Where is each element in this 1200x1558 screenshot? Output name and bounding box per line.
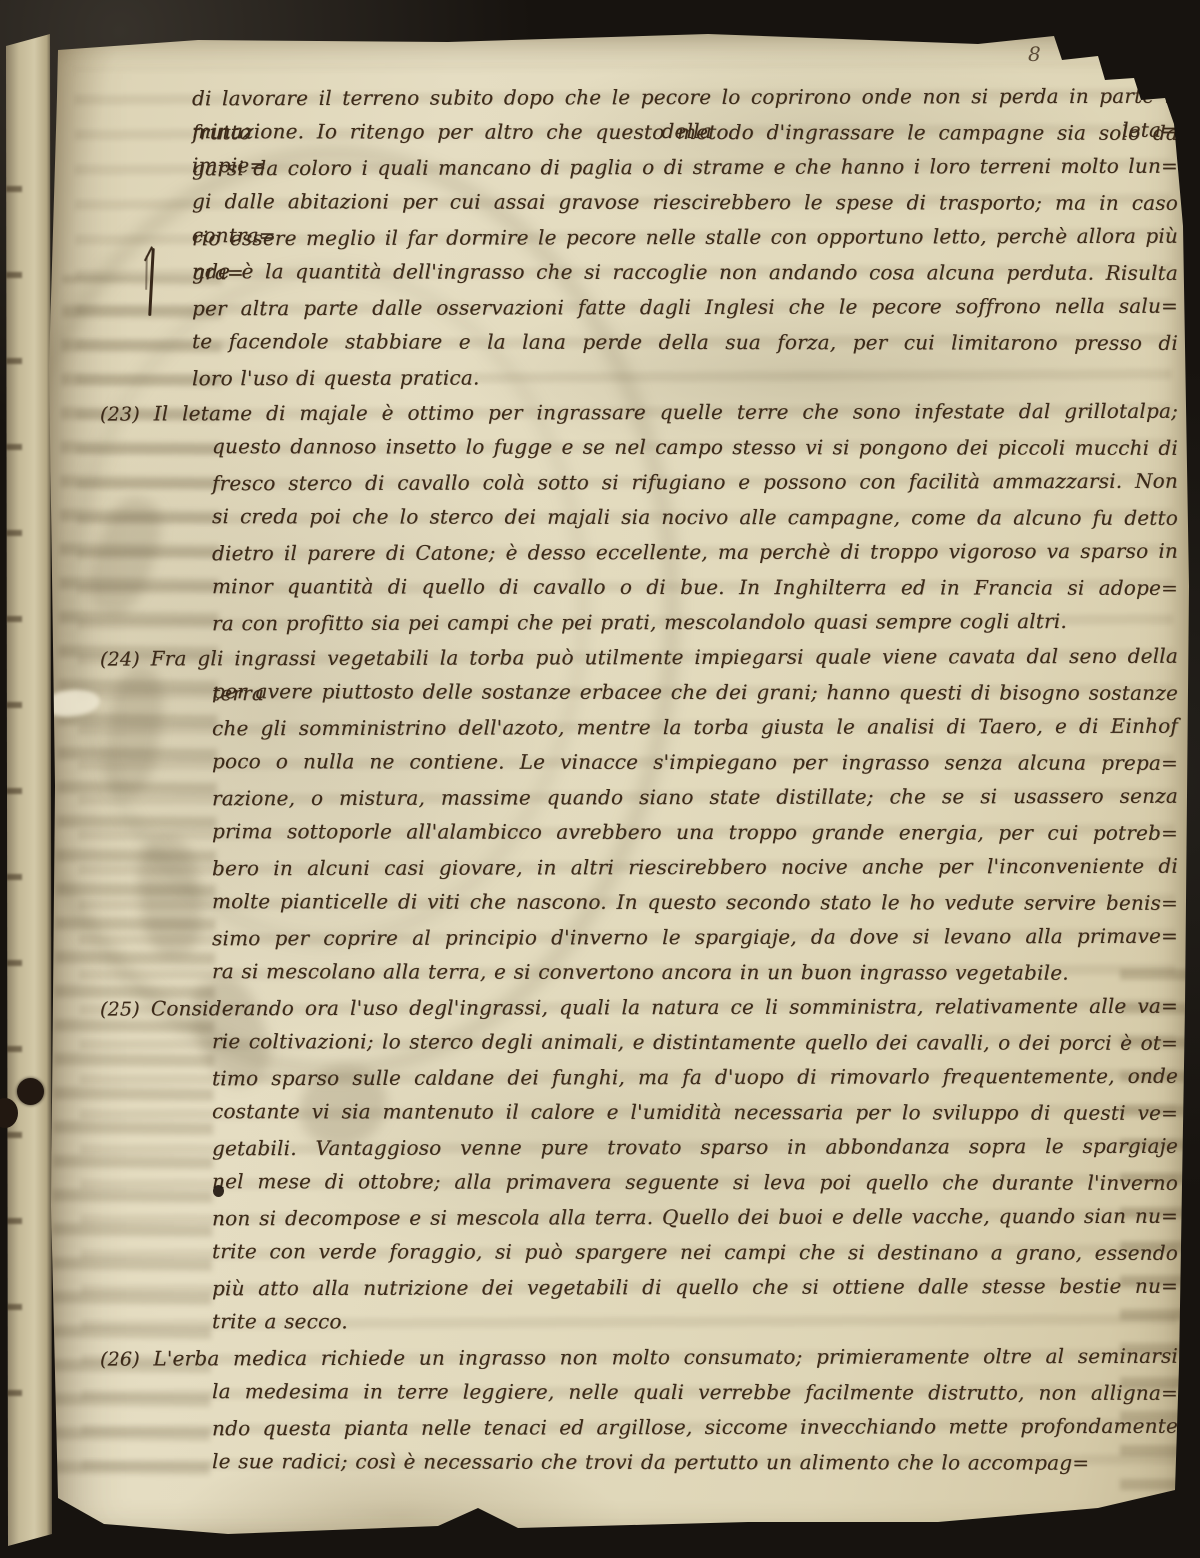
manuscript-line: questo dannoso insetto lo fugge e se nel… xyxy=(212,429,1178,466)
manuscript-line: fresco sterco di cavallo colà sotto si r… xyxy=(212,464,1178,502)
manuscript-line: timo sparso sulle caldane dei funghi, ma… xyxy=(212,1059,1178,1097)
manuscript-line: bero in alcuni casi giovare, in altri ri… xyxy=(212,849,1178,887)
manuscript-line: nde è la quantità dell'ingrasso che si r… xyxy=(192,254,1178,291)
manuscript-line: rie coltivazioni; lo sterco degli animal… xyxy=(212,1024,1178,1061)
manuscript-line: loro l'uso di questa pratica. xyxy=(192,359,1178,397)
manuscript-line: poco o nulla ne contiene. Le vinacce s'i… xyxy=(212,744,1178,781)
manuscript-line: le sue radici; così è necessario che tro… xyxy=(212,1444,1178,1481)
manuscript-line: gi dalle abitazioni per cui assai gravos… xyxy=(192,184,1178,221)
manuscript-line: (25) Considerando ora l'uso degl'ingrass… xyxy=(212,989,1178,1027)
manuscript-line: minor quantità di quello di cavallo o di… xyxy=(212,569,1178,606)
manuscript-line: (24) Fra gli ingrassi vegetabili la torb… xyxy=(212,639,1178,677)
paragraph-number: (25) xyxy=(100,998,140,1020)
manuscript-line: (23) Il letame di majale è ottimo per in… xyxy=(212,394,1178,432)
text-block: di lavorare il terreno subito dopo che l… xyxy=(100,80,1178,1480)
paragraph: (24) Fra gli ingrassi vegetabili la torb… xyxy=(100,640,1178,990)
manuscript-line: minazione. Io ritengo per altro che ques… xyxy=(192,114,1178,151)
paragraph-number: (23) xyxy=(100,403,140,425)
manuscript-line: trite con verde foraggio, si può sparger… xyxy=(212,1234,1178,1271)
paragraph: (23) Il letame di majale è ottimo per in… xyxy=(100,395,1178,640)
manuscript-line: te facendole stabbiare e la lana perde d… xyxy=(192,324,1178,361)
manuscript-line: di lavorare il terreno subito dopo che l… xyxy=(192,79,1178,117)
ink-dot xyxy=(213,1185,224,1197)
manuscript-line: (26) L'erba medica richiede un ingrasso … xyxy=(212,1339,1178,1377)
previous-page-edge xyxy=(6,34,52,1546)
line-text: L'erba medica richiede un ingrasso non m… xyxy=(153,1344,1178,1371)
ink-blot xyxy=(17,1078,44,1105)
manuscript-line: rio essere meglio il far dormire le peco… xyxy=(192,219,1178,257)
manuscript-line: simo per coprire al principio d'inverno … xyxy=(212,919,1178,957)
manuscript-line: prima sottoporle all'alambicco avrebbero… xyxy=(212,814,1178,851)
line-text: Considerando ora l'uso degl'ingrassi, qu… xyxy=(151,994,1178,1021)
manuscript-line: non si decompose e si mescola alla terra… xyxy=(212,1199,1178,1237)
manuscript-line: nel mese di ottobre; alla primavera segu… xyxy=(212,1164,1178,1201)
manuscript-line: getabili. Vantaggioso venne pure trovato… xyxy=(212,1129,1178,1167)
manuscript-line: la medesima in terre leggiere, nelle qua… xyxy=(212,1374,1178,1411)
paragraph-number: (24) xyxy=(100,648,140,670)
manuscript-line: dietro il parere di Catone; è desso ecce… xyxy=(212,534,1178,572)
page-number: 8 xyxy=(1028,42,1041,66)
manuscript-line: per avere piuttosto delle sostanze erbac… xyxy=(212,674,1178,711)
line-text: Il letame di majale è ottimo per ingrass… xyxy=(154,399,1178,426)
paragraph-number: (26) xyxy=(100,1348,140,1370)
photo-backdrop: 8 di lavorare il terreno subito dopo che… xyxy=(0,0,1200,1558)
manuscript-line: si creda poi che lo sterco dei majali si… xyxy=(212,499,1178,536)
manuscript-line: ndo questa pianta nelle tenaci ed argill… xyxy=(212,1409,1178,1447)
paragraph: (25) Considerando ora l'uso degl'ingrass… xyxy=(100,990,1178,1340)
manuscript-line: per altra parte dalle osservazioni fatte… xyxy=(192,289,1178,327)
paragraph: di lavorare il terreno subito dopo che l… xyxy=(192,80,1178,395)
manuscript-line: trite a secco. xyxy=(212,1304,1178,1341)
manuscript-line: più atto alla nutrizione dei vegetabili … xyxy=(212,1269,1178,1307)
manuscript-line: che gli somministrino dell'azoto, mentre… xyxy=(212,709,1178,747)
manuscript-line: molte pianticelle di viti che nascono. I… xyxy=(212,884,1178,921)
manuscript-line: ra con profitto sia pei campi che pei pr… xyxy=(212,604,1178,642)
manuscript-line: garsi da coloro i quali mancano di pagli… xyxy=(192,149,1178,187)
paragraph: (26) L'erba medica richiede un ingrasso … xyxy=(100,1340,1178,1480)
manuscript-line: razione, o mistura, massime quando siano… xyxy=(212,779,1178,817)
manuscript-line: costante vi sia mantenuto il calore e l'… xyxy=(212,1094,1178,1131)
manuscript-page: 8 di lavorare il terreno subito dopo che… xyxy=(48,26,1192,1552)
manuscript-line: ra si mescolano alla terra, e si convert… xyxy=(212,954,1178,991)
